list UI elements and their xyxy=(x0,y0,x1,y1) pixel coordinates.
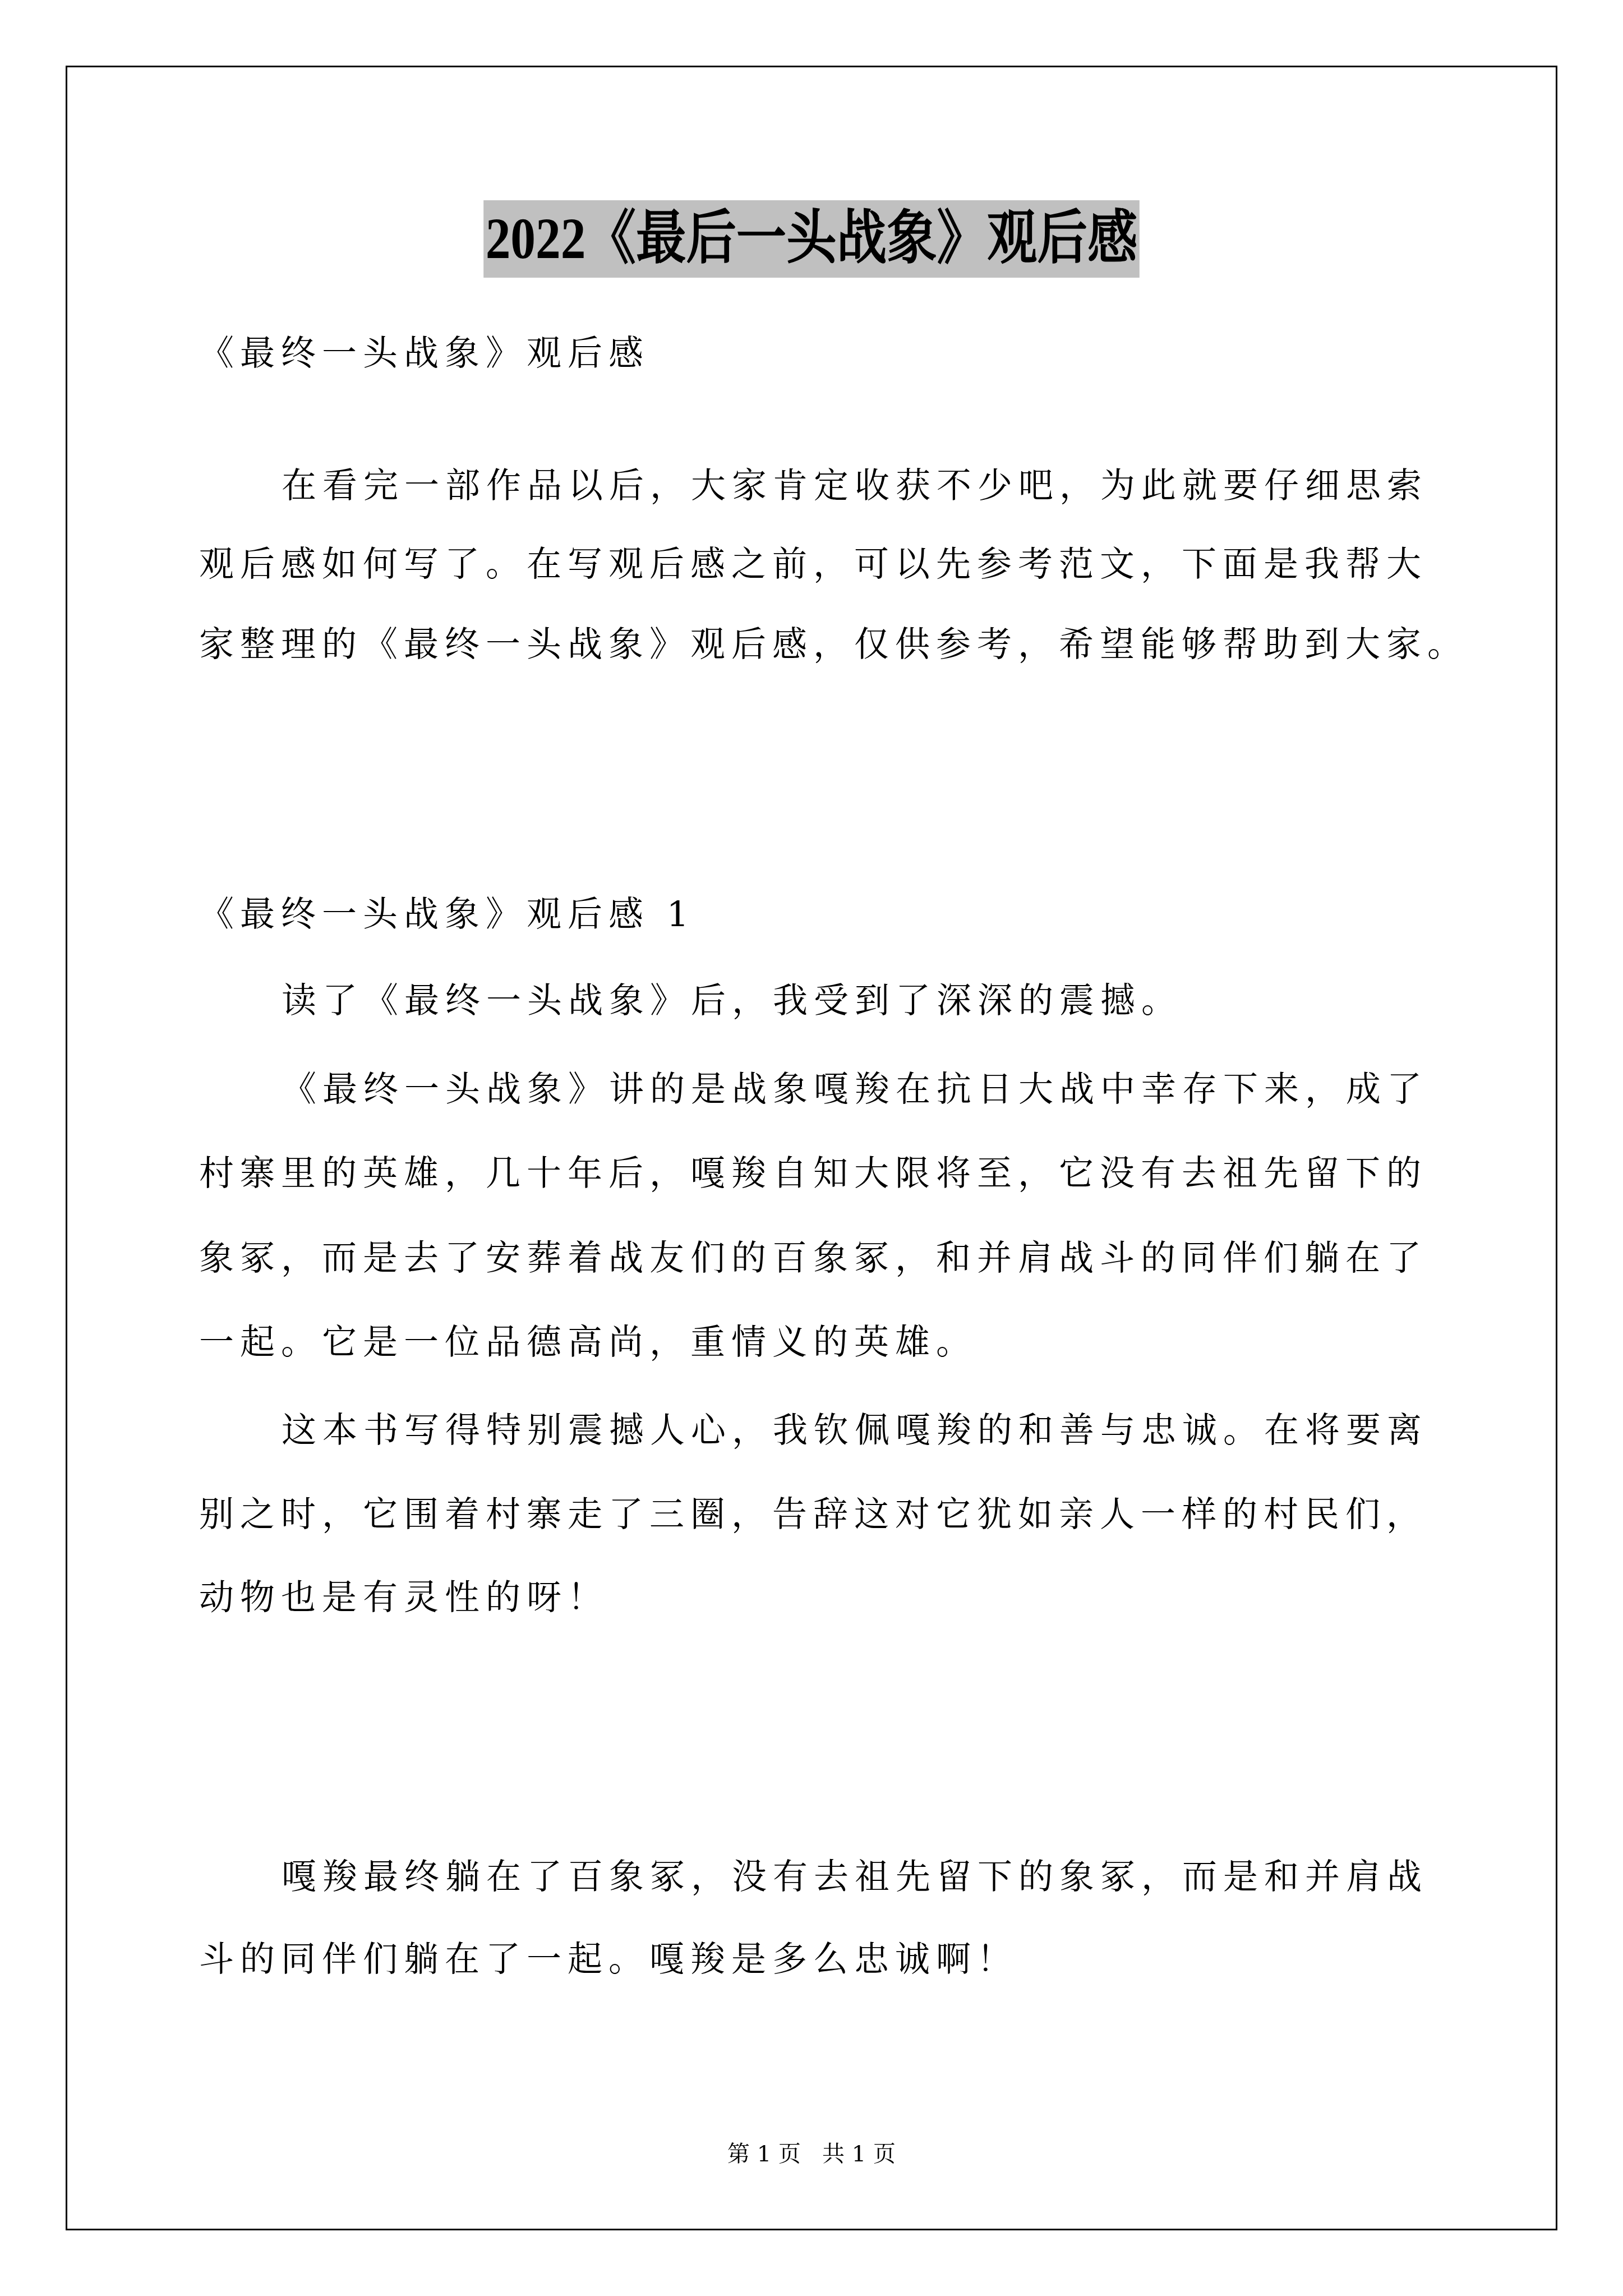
paragraph-4-line-1: 嘎羧最终躺在了百象冢，没有去祖先留下的象冢，而是和并肩战 xyxy=(282,1855,1543,1899)
intro-line-3: 家整理的《最终一头战象》观后感，仅供参考，希望能够帮助到大家。 xyxy=(199,622,1461,667)
document-title: 2022《最后一头战象》观后感 xyxy=(483,200,1140,278)
document-heading: 《最终一头战象》观后感 xyxy=(199,331,1461,376)
paragraph-2-line-1: 《最终一头战象》讲的是战象嘎羧在抗日大战中幸存下来，成了 xyxy=(282,1067,1543,1112)
section-heading-1: 《最终一头战象》观后感 1 xyxy=(199,892,1461,937)
page-border xyxy=(66,66,1557,2230)
page-footer: 第 1 页 共 1 页 xyxy=(0,2140,1623,2168)
title-container: 2022《最后一头战象》观后感 xyxy=(0,200,1623,278)
paragraph-2-line-4: 一起。它是一位品德高尚，重情义的英雄。 xyxy=(199,1320,1461,1365)
intro-line-1: 在看完一部作品以后，大家肯定收获不少吧，为此就要仔细思索 xyxy=(282,463,1543,508)
paragraph-2-line-2: 村寨里的英雄，几十年后，嘎羧自知大限将至，它没有去祖先留下的 xyxy=(199,1151,1461,1196)
paragraph-4-line-2: 斗的同伴们躺在了一起。嘎羧是多么忠诚啊！ xyxy=(199,1937,1461,1982)
intro-line-2: 观后感如何写了。在写观后感之前，可以先参考范文，下面是我帮大 xyxy=(199,542,1461,587)
paragraph-2-line-3: 象冢，而是去了安葬着战友们的百象冢，和并肩战斗的同伴们躺在了 xyxy=(199,1236,1461,1281)
paragraph-3-line-1: 这本书写得特别震撼人心，我钦佩嘎羧的和善与忠诚。在将要离 xyxy=(282,1408,1543,1453)
paragraph-1-line-1: 读了《最终一头战象》后，我受到了深深的震撼。 xyxy=(282,978,1543,1023)
paragraph-3-line-2: 别之时，它围着村寨走了三圈，告辞这对它犹如亲人一样的村民们， xyxy=(199,1492,1461,1537)
paragraph-3-line-3: 动物也是有灵性的呀！ xyxy=(199,1575,1461,1620)
